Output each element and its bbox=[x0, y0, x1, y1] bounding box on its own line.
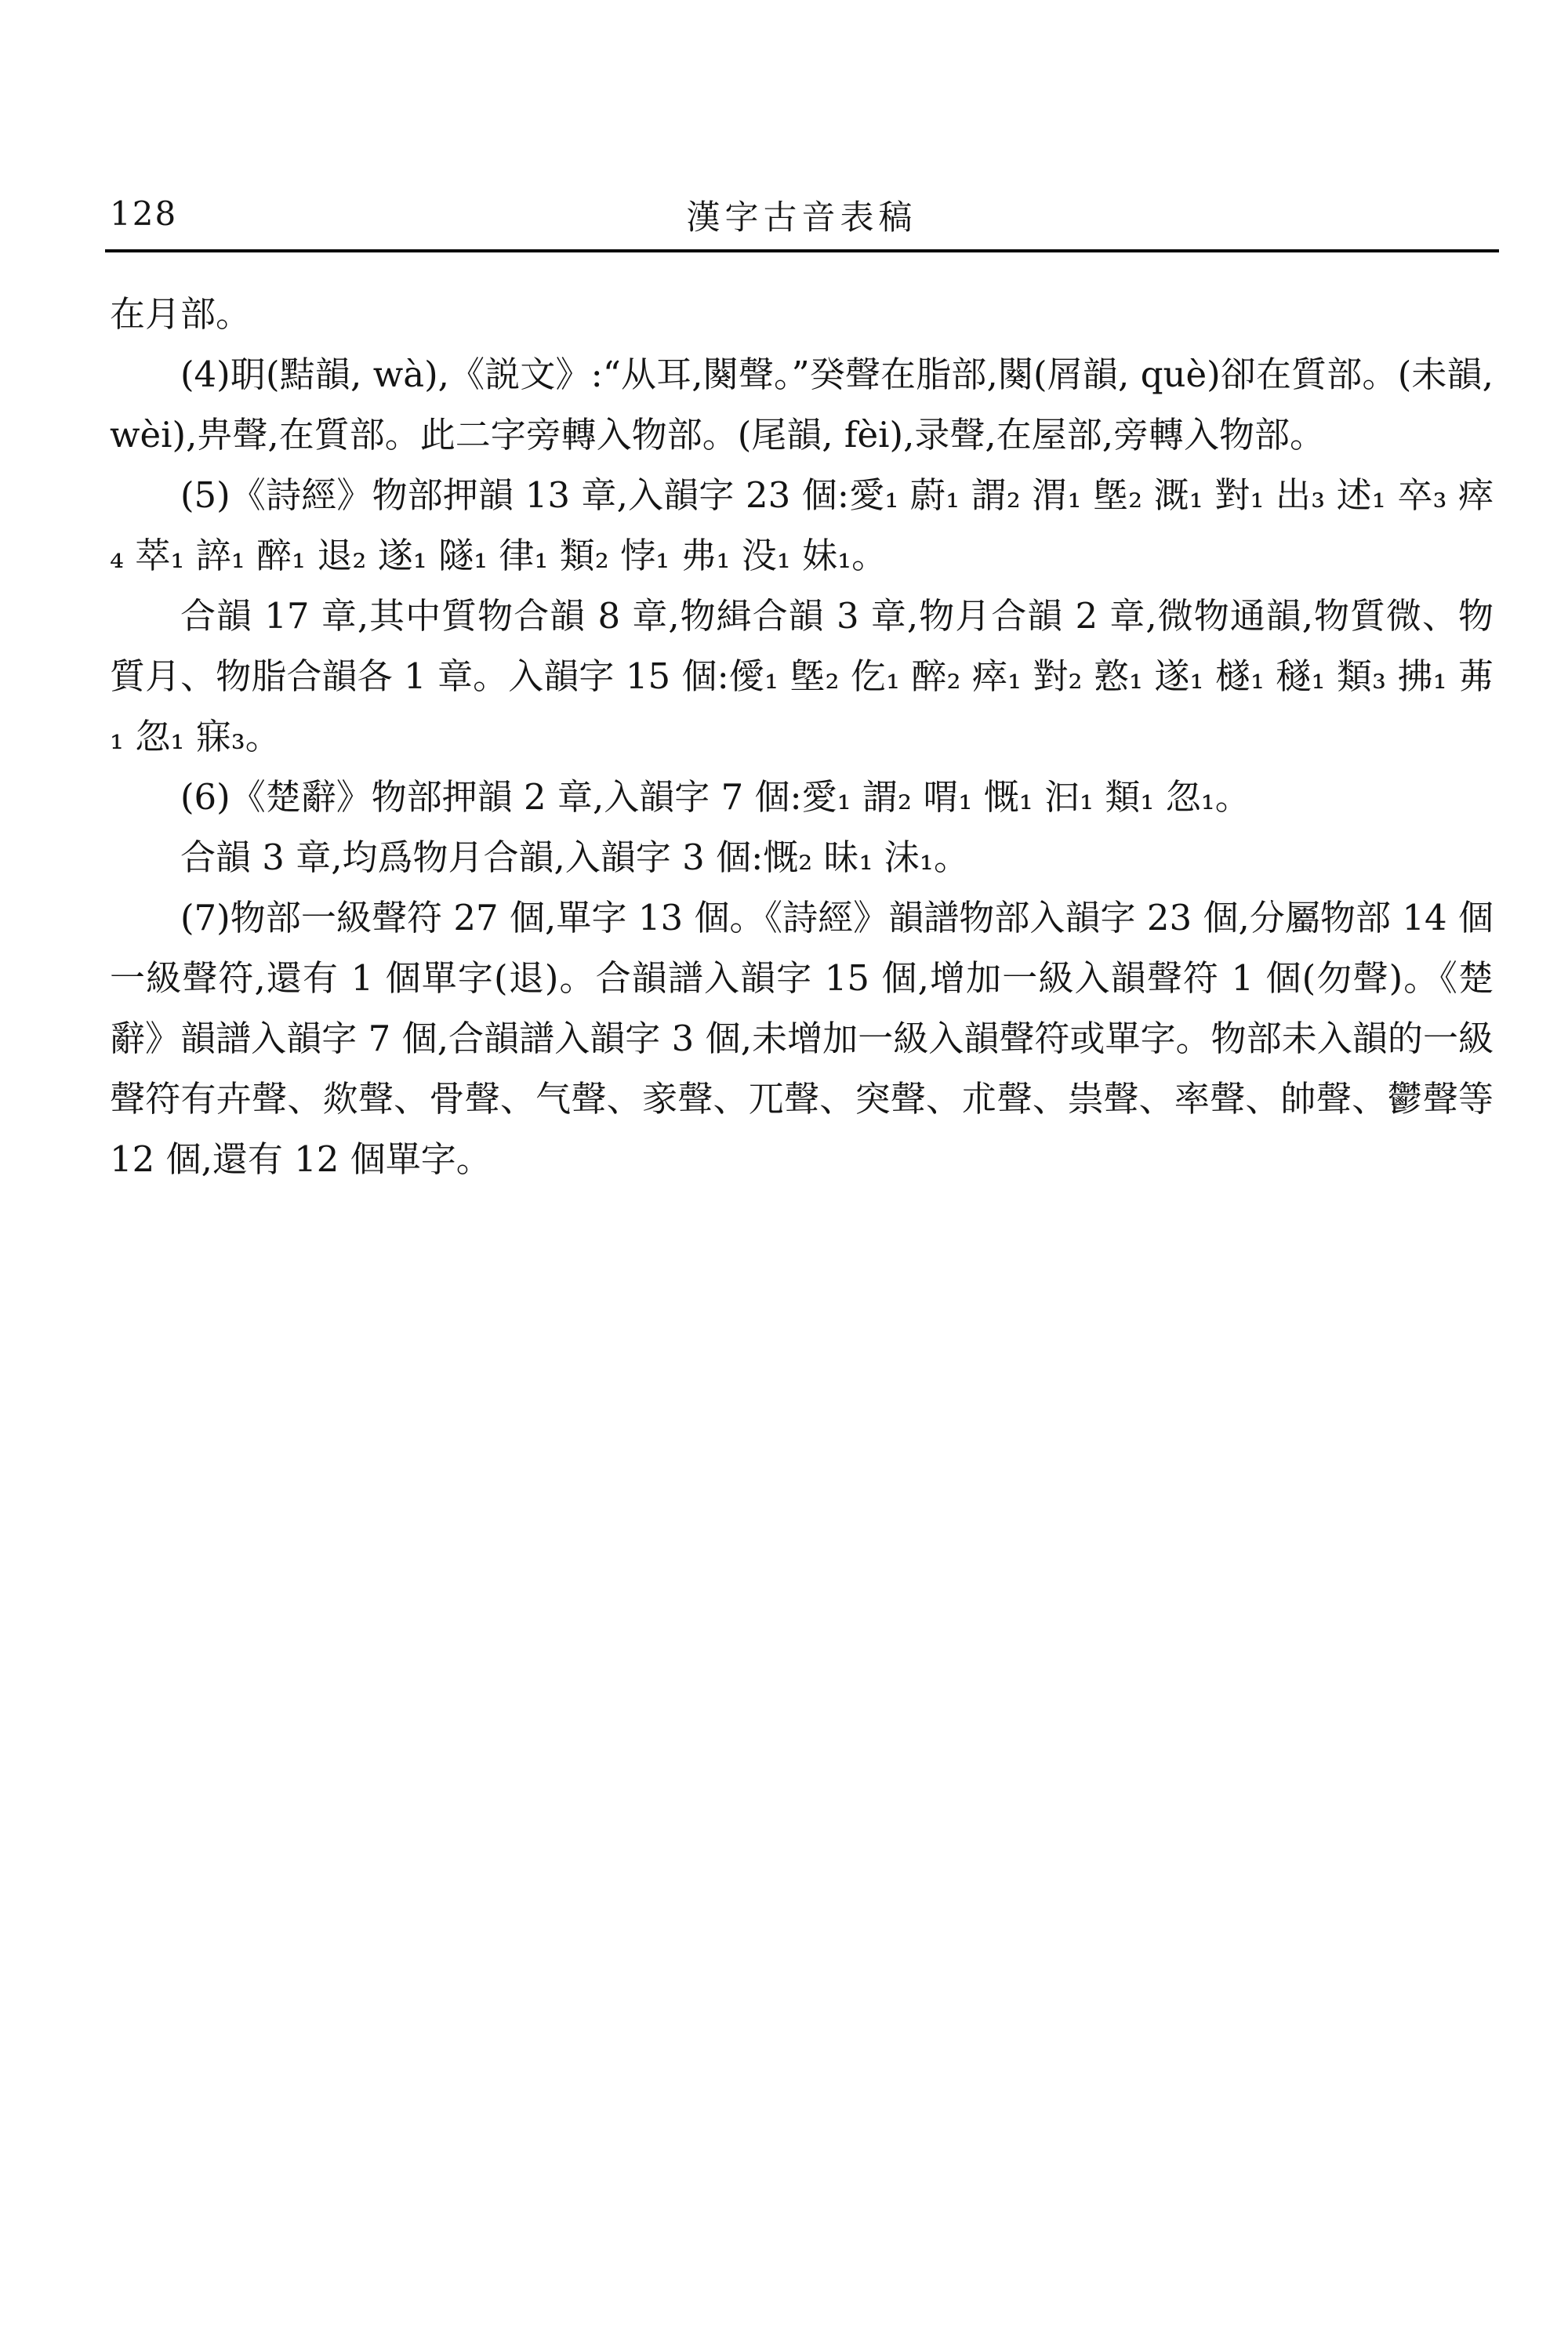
body-paragraph-item6: (6)《楚辭》物部押韻 2 章,入韻字 7 個:愛₁ 謂₂ 喟₁ 慨₁ 汩₁ 類… bbox=[110, 767, 1494, 827]
body-text: 在月部。 (4)䎳(黠韻, wà),《説文》:“从耳,闋聲。”癸聲在脂部,闋(屑… bbox=[110, 284, 1494, 1189]
body-paragraph-heyun17: 合韻 17 章,其中質物合韻 8 章,物緝合韻 3 章,物月合韻 2 章,微物通… bbox=[110, 586, 1494, 767]
body-paragraph-item7: (7)物部一級聲符 27 個,單字 13 個。《詩經》韻譜物部入韻字 23 個,… bbox=[110, 887, 1494, 1189]
body-paragraph-heyun3: 合韻 3 章,均爲物月合韻,入韻字 3 個:慨₂ 昧₁ 沬₁。 bbox=[110, 827, 1494, 887]
book-page-scan: 128 漢字古音表稿 在月部。 (4)䎳(黠韻, wà),《説文》:“从耳,闋聲… bbox=[0, 0, 1568, 2352]
book-title: 漢字古音表稿 bbox=[110, 191, 1494, 239]
body-paragraph-item4: (4)䎳(黠韻, wà),《説文》:“从耳,闋聲。”癸聲在脂部,闋(屑韻, qu… bbox=[110, 344, 1494, 465]
body-paragraph-item5: (5)《詩經》物部押韻 13 章,入韻字 23 個:愛₁ 蔚₁ 謂₂ 渭₁ 墍₂… bbox=[110, 465, 1494, 586]
header-rule bbox=[105, 249, 1499, 252]
body-paragraph-continuation: 在月部。 bbox=[110, 284, 1494, 344]
running-head: 128 漢字古音表稿 bbox=[110, 188, 1494, 243]
